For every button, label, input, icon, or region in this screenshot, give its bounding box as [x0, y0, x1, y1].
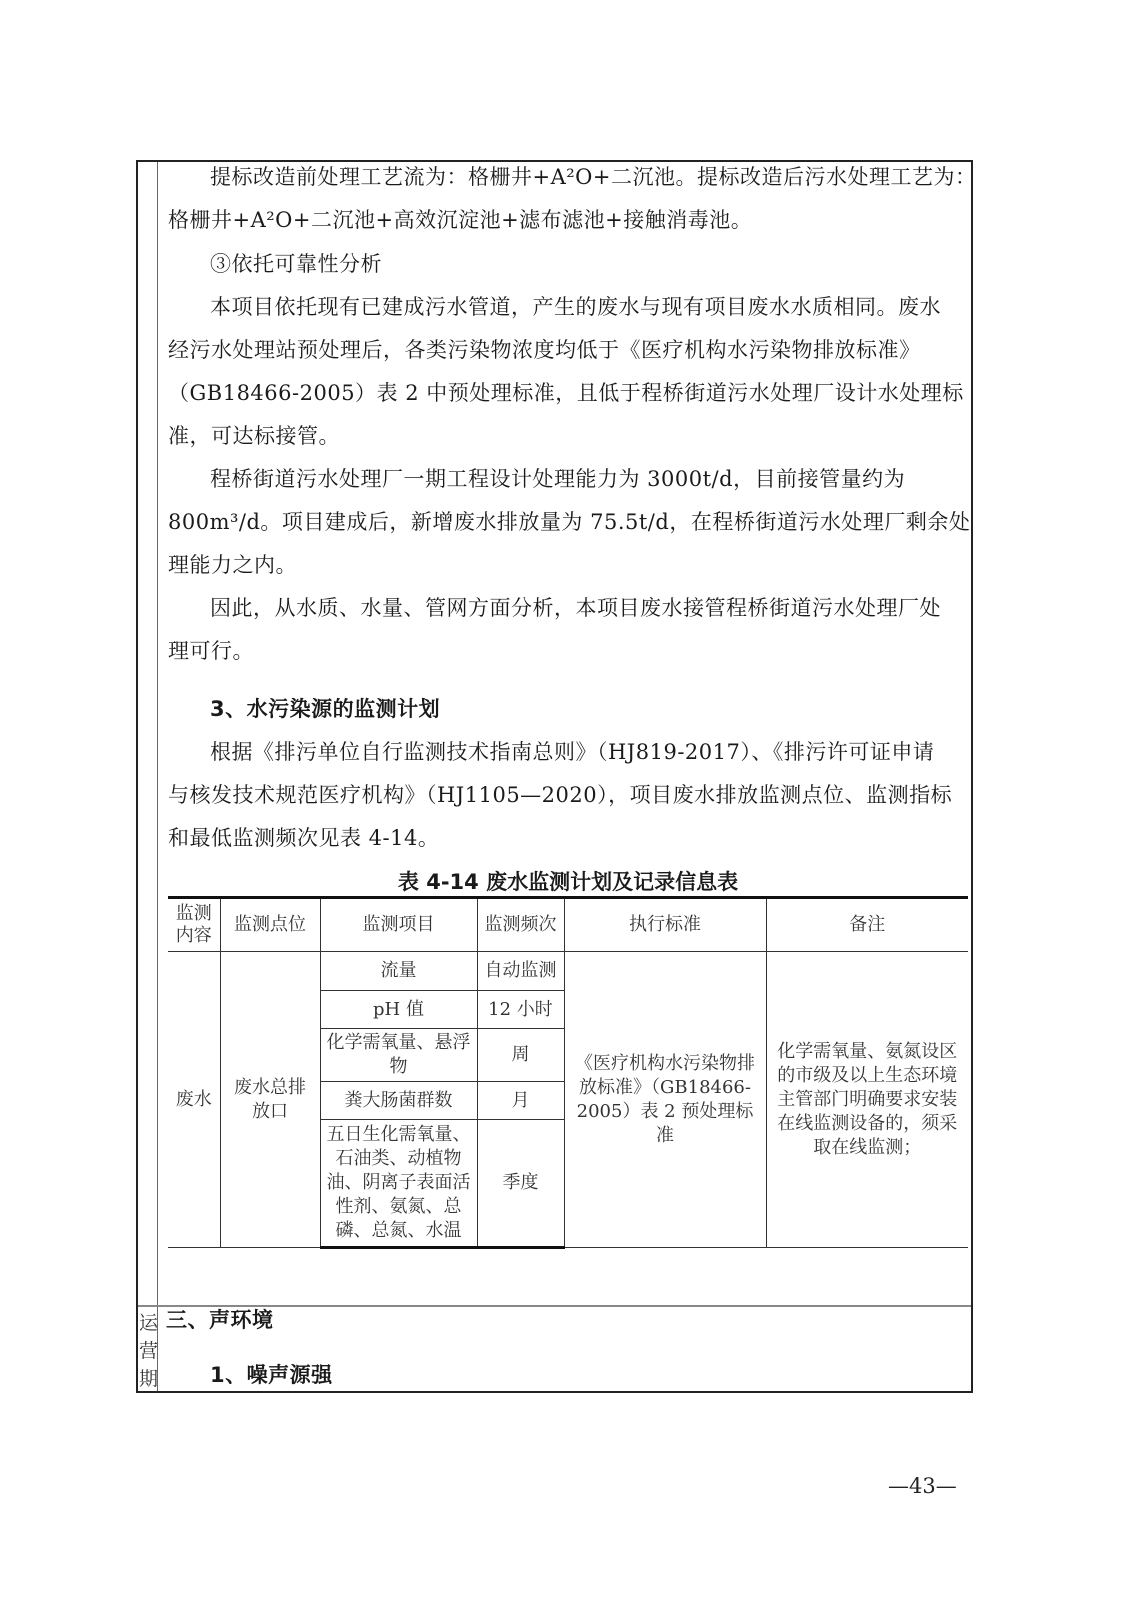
- cell-frequency: 月: [477, 1082, 564, 1120]
- paragraph: 根据《排污单位自行监测技术指南总则》（HJ819-2017）、《排污许可证申请: [168, 731, 1010, 774]
- paragraph: 与核发技术规范医疗机构》（HJ1105—2020），项目废水排放监测点位、监测指…: [168, 774, 968, 817]
- section-heading-monitoring-plan: 3、水污染源的监测计划: [168, 688, 1010, 731]
- cell-point: 废水总排放口: [220, 952, 320, 1248]
- cell-item: pH 值: [320, 991, 477, 1029]
- cell-frequency: 自动监测: [477, 952, 564, 991]
- header-content: 监测内容: [168, 898, 220, 952]
- side-char: 营: [139, 1337, 157, 1365]
- cell-item: 粪大肠菌群数: [320, 1082, 477, 1120]
- header-point: 监测点位: [220, 898, 320, 952]
- paragraph: 程桥街道污水处理厂一期工程设计处理能力为 3000t/d，目前接管量约为: [168, 458, 1010, 501]
- paragraph: 提标改造前处理工艺流为：格栅井+A²O+二沉池。提标改造后污水处理工艺为：: [168, 156, 1010, 199]
- paragraph: 经污水处理站预处理后，各类污染物浓度均低于《医疗机构水污染物排放标准》: [168, 329, 968, 372]
- paragraph: 理能力之内。: [168, 544, 968, 587]
- cell-standard: 《医疗机构水污染物排放标准》（GB18466-2005）表 2 预处理标准: [564, 952, 766, 1248]
- subheading-noise-source: 1、噪声源强: [168, 1354, 1010, 1397]
- header-standard: 执行标准: [564, 898, 766, 952]
- document-frame: 运 营 期 提标改造前处理工艺流为：格栅井+A²O+二沉池。提标改造后污水处理工…: [136, 160, 973, 1393]
- subheading-reliability: ③依托可靠性分析: [168, 243, 1010, 286]
- cell-frequency: 12 小时: [477, 991, 564, 1029]
- paragraph: 本项目依托现有已建成污水管道，产生的废水与现有项目废水水质相同。废水: [168, 286, 1010, 329]
- cell-item: 流量: [320, 952, 477, 991]
- left-label-column: [138, 162, 158, 1391]
- cell-remark: 化学需氧量、氨氮设区的市级及以上生态环境主管部门明确要求安装在线监测设备的，须采…: [766, 952, 968, 1248]
- paragraph: 格栅井+A²O+二沉池+高效沉淀池+滤布滤池+接触消毒池。: [168, 199, 968, 242]
- table-header-row: 监测内容 监测点位 监测项目 监测频次 执行标准 备注: [168, 898, 968, 952]
- section-heading-acoustic: 三、声环境: [166, 1299, 966, 1342]
- table-row: 废水 废水总排放口 流量 自动监测 《医疗机构水污染物排放标准》（GB18466…: [168, 952, 968, 991]
- header-remark: 备注: [766, 898, 968, 952]
- paragraph: 准，可达标接管。: [168, 415, 968, 458]
- table-caption: 表 4-14 废水监测计划及记录信息表: [168, 866, 968, 896]
- header-frequency: 监测频次: [477, 898, 564, 952]
- side-char: 运: [139, 1309, 157, 1337]
- paragraph: 因此，从水质、水量、管网方面分析，本项目废水接管程桥街道污水处理厂处: [168, 587, 1010, 630]
- side-char: 期: [139, 1365, 157, 1393]
- paragraph: 理可行。: [168, 630, 968, 673]
- cell-content: 废水: [168, 952, 220, 1248]
- cell-item: 化学需氧量、悬浮物: [320, 1029, 477, 1082]
- cell-frequency: 季度: [477, 1120, 564, 1248]
- paragraph: 800m³/d。项目建成后，新增废水排放量为 75.5t/d，在程桥街道污水处理…: [168, 501, 968, 544]
- paragraph: 和最低监测频次见表 4-14。: [168, 817, 968, 860]
- paragraph: （GB18466-2005）表 2 中预处理标准，且低于程桥街道污水处理厂设计水…: [168, 372, 968, 415]
- cell-item: 五日生化需氧量、石油类、动植物油、阴离子表面活性剂、氨氮、总磷、总氮、水温: [320, 1120, 477, 1248]
- cell-frequency: 周: [477, 1029, 564, 1082]
- page-number: —43—: [888, 1474, 957, 1498]
- header-item: 监测项目: [320, 898, 477, 952]
- monitoring-table: 监测内容 监测点位 监测项目 监测频次 执行标准 备注 废水 废水总排放口 流量…: [168, 896, 968, 1249]
- side-label-operation-period: 运 营 期: [139, 1309, 157, 1393]
